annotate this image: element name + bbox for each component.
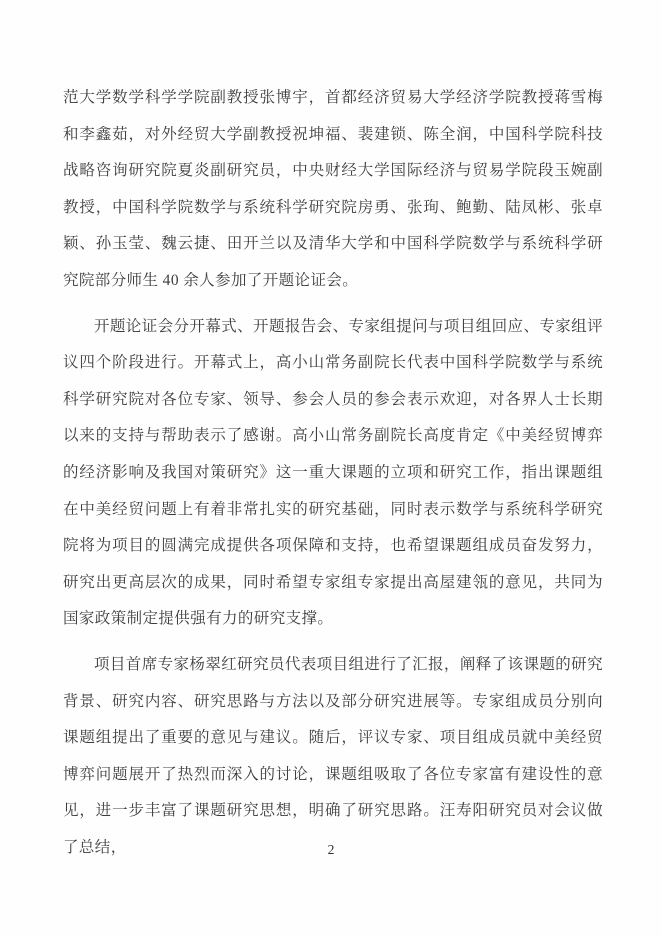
paragraph-opening-ceremony: 开题论证会分开幕式、开题报告会、专家组提问与项目组回应、专家组评议四个阶段进行。…: [63, 309, 603, 638]
page-number: 2: [328, 842, 335, 857]
document-body: 范大学数学科学学院副教授张博宇，首都经济贸易大学经济学院教授蒋雪梅和李鑫茹，对外…: [63, 80, 603, 875]
document-page: 范大学数学科学学院副教授张博宇，首都经济贸易大学经济学院教授蒋雪梅和李鑫茹，对外…: [0, 0, 662, 936]
page-footer: 2: [0, 841, 662, 859]
paragraph-attendees: 范大学数学科学学院副教授张博宇，首都经济贸易大学经济学院教授蒋雪梅和李鑫茹，对外…: [63, 80, 603, 300]
paragraph-project-report: 项目首席专家杨翠红研究员代表项目组进行了汇报，阐释了该课题的研究背景、研究内容、…: [63, 647, 603, 867]
